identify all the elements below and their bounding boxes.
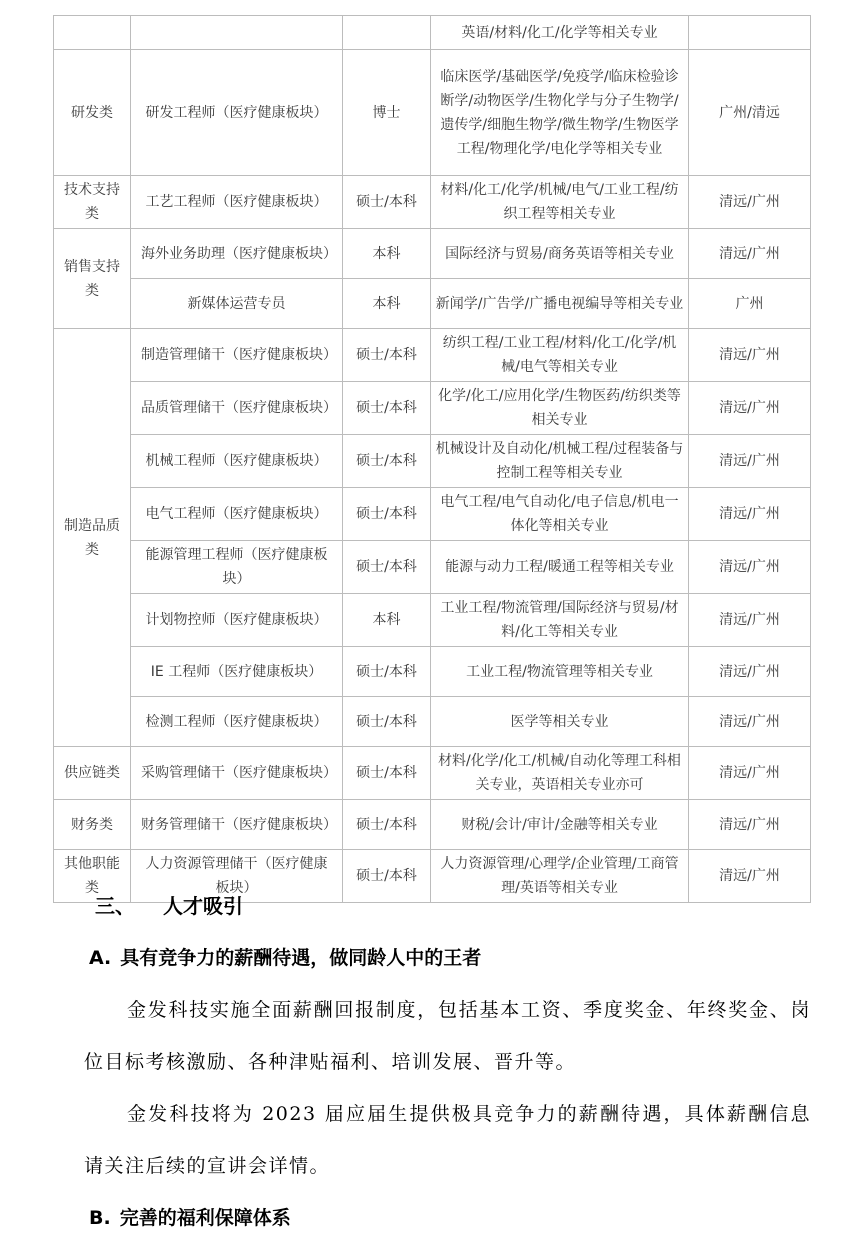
item-a-heading: A.具有竞争力的薪酬待遇，做同龄人中的王者 [84, 932, 811, 984]
item-b-text: 完善的福利保障体系 [120, 1207, 291, 1229]
degree-cell: 硕士/本科 [343, 647, 431, 697]
degree-cell: 本科 [343, 279, 431, 329]
position-cell: 海外业务助理（医疗健康板块） [131, 229, 343, 279]
degree-cell: 硕士/本科 [343, 435, 431, 488]
talent-attraction-section: 三、人才吸引 A.具有竞争力的薪酬待遇，做同龄人中的王者 金发科技实施全面薪酬回… [84, 880, 811, 1244]
location-cell: 广州 [689, 279, 811, 329]
category-cell: 销售支持类 [54, 229, 131, 329]
majors-cell: 机械设计及自动化/机械工程/过程装备与控制工程等相关专业 [431, 435, 689, 488]
category-cell: 财务类 [54, 800, 131, 850]
table-row: IE 工程师（医疗健康板块） 硕士/本科 工业工程/物流管理等相关专业 清远/广… [54, 647, 811, 697]
location-cell: 清远/广州 [689, 229, 811, 279]
table-row: 技术支持类 工艺工程师（医疗健康板块） 硕士/本科 材料/化工/化学/机械/电气… [54, 176, 811, 229]
position-cell: 制造管理储干（医疗健康板块） [131, 329, 343, 382]
degree-cell: 硕士/本科 [343, 176, 431, 229]
position-cell: IE 工程师（医疗健康板块） [131, 647, 343, 697]
degree-cell: 博士 [343, 50, 431, 176]
location-cell: 清远/广州 [689, 697, 811, 747]
position-cell: 电气工程师（医疗健康板块） [131, 488, 343, 541]
location-cell: 清远/广州 [689, 382, 811, 435]
category-cell: 供应链类 [54, 747, 131, 800]
position-cell: 计划物控师（医疗健康板块） [131, 594, 343, 647]
degree-cell: 本科 [343, 594, 431, 647]
position-cell: 机械工程师（医疗健康板块） [131, 435, 343, 488]
position-cell: 品质管理储干（医疗健康板块） [131, 382, 343, 435]
majors-cell: 电气工程/电气自动化/电子信息/机电一体化等相关专业 [431, 488, 689, 541]
degree-cell [343, 16, 431, 50]
position-cell: 新媒体运营专员 [131, 279, 343, 329]
recruitment-table: 英语/材料/化工/化学等相关专业 研发类 研发工程师（医疗健康板块） 博士 临床… [53, 15, 811, 903]
location-cell: 清远/广州 [689, 747, 811, 800]
location-cell: 清远/广州 [689, 594, 811, 647]
table-row: 财务类 财务管理储干（医疗健康板块） 硕士/本科 财税/会计/审计/金融等相关专… [54, 800, 811, 850]
degree-cell: 硕士/本科 [343, 747, 431, 800]
location-cell: 清远/广州 [689, 488, 811, 541]
degree-cell: 硕士/本科 [343, 329, 431, 382]
majors-cell: 能源与动力工程/暖通工程等相关专业 [431, 541, 689, 594]
table-row: 销售支持类 海外业务助理（医疗健康板块） 本科 国际经济与贸易/商务英语等相关专… [54, 229, 811, 279]
location-cell [689, 16, 811, 50]
majors-cell: 新闻学/广告学/广播电视编导等相关专业 [431, 279, 689, 329]
majors-cell: 临床医学/基础医学/免疫学/临床检验诊断学/动物医学/生物化学与分子生物学/遗传… [431, 50, 689, 176]
paragraph-2023-offer: 金发科技将为 2023 届应届生提供极具竞争力的薪酬待遇，具体薪酬信息请关注后续… [84, 1088, 811, 1192]
table-row: 电气工程师（医疗健康板块） 硕士/本科 电气工程/电气自动化/电子信息/机电一体… [54, 488, 811, 541]
paragraph-compensation: 金发科技实施全面薪酬回报制度，包括基本工资、季度奖金、年终奖金、岗位目标考核激励… [84, 984, 811, 1088]
degree-cell: 硕士/本科 [343, 488, 431, 541]
position-cell: 检测工程师（医疗健康板块） [131, 697, 343, 747]
item-a-label: A. [89, 947, 111, 969]
table-row: 研发类 研发工程师（医疗健康板块） 博士 临床医学/基础医学/免疫学/临床检验诊… [54, 50, 811, 176]
degree-cell: 硕士/本科 [343, 697, 431, 747]
item-b-label: B. [89, 1207, 111, 1229]
table-row: 计划物控师（医疗健康板块） 本科 工业工程/物流管理/国际经济与贸易/材料/化工… [54, 594, 811, 647]
location-cell: 广州/清远 [689, 50, 811, 176]
position-cell [131, 16, 343, 50]
position-cell: 工艺工程师（医疗健康板块） [131, 176, 343, 229]
item-a-text: 具有竞争力的薪酬待遇，做同龄人中的王者 [120, 947, 481, 969]
category-cell: 研发类 [54, 50, 131, 176]
location-cell: 清远/广州 [689, 435, 811, 488]
category-cell: 技术支持类 [54, 176, 131, 229]
majors-cell: 医学等相关专业 [431, 697, 689, 747]
majors-cell: 材料/化学/化工/机械/自动化等理工科相关专业，英语相关专业亦可 [431, 747, 689, 800]
position-cell: 采购管理储干（医疗健康板块） [131, 747, 343, 800]
section-number: 三、 [95, 894, 135, 918]
position-cell: 财务管理储干（医疗健康板块） [131, 800, 343, 850]
table-row: 制造品质类 制造管理储干（医疗健康板块） 硕士/本科 纺织工程/工业工程/材料/… [54, 329, 811, 382]
majors-cell: 工业工程/物流管理/国际经济与贸易/材料/化工等相关专业 [431, 594, 689, 647]
majors-cell: 英语/材料/化工/化学等相关专业 [431, 16, 689, 50]
table-row: 能源管理工程师（医疗健康板块） 硕士/本科 能源与动力工程/暖通工程等相关专业 … [54, 541, 811, 594]
majors-cell: 国际经济与贸易/商务英语等相关专业 [431, 229, 689, 279]
table-row: 英语/材料/化工/化学等相关专业 [54, 16, 811, 50]
majors-cell: 纺织工程/工业工程/材料/化工/化学/机械/电气等相关专业 [431, 329, 689, 382]
section-title: 人才吸引 [163, 894, 243, 918]
position-cell: 能源管理工程师（医疗健康板块） [131, 541, 343, 594]
majors-cell: 化学/化工/应用化学/生物医药/纺织类等相关专业 [431, 382, 689, 435]
location-cell: 清远/广州 [689, 800, 811, 850]
table-row: 机械工程师（医疗健康板块） 硕士/本科 机械设计及自动化/机械工程/过程装备与控… [54, 435, 811, 488]
location-cell: 清远/广州 [689, 541, 811, 594]
location-cell: 清远/广州 [689, 329, 811, 382]
degree-cell: 硕士/本科 [343, 800, 431, 850]
table-row: 检测工程师（医疗健康板块） 硕士/本科 医学等相关专业 清远/广州 [54, 697, 811, 747]
position-cell: 研发工程师（医疗健康板块） [131, 50, 343, 176]
location-cell: 清远/广州 [689, 647, 811, 697]
majors-cell: 财税/会计/审计/金融等相关专业 [431, 800, 689, 850]
location-cell: 清远/广州 [689, 176, 811, 229]
table-row: 品质管理储干（医疗健康板块） 硕士/本科 化学/化工/应用化学/生物医药/纺织类… [54, 382, 811, 435]
degree-cell: 硕士/本科 [343, 382, 431, 435]
item-b-heading: B.完善的福利保障体系 [84, 1192, 811, 1244]
section-heading: 三、人才吸引 [84, 880, 811, 932]
category-cell: 制造品质类 [54, 329, 131, 747]
degree-cell: 硕士/本科 [343, 541, 431, 594]
table-row: 新媒体运营专员 本科 新闻学/广告学/广播电视编导等相关专业 广州 [54, 279, 811, 329]
majors-cell: 工业工程/物流管理等相关专业 [431, 647, 689, 697]
degree-cell: 本科 [343, 229, 431, 279]
table-row: 供应链类 采购管理储干（医疗健康板块） 硕士/本科 材料/化学/化工/机械/自动… [54, 747, 811, 800]
majors-cell: 材料/化工/化学/机械/电气/工业工程/纺织工程等相关专业 [431, 176, 689, 229]
category-cell [54, 16, 131, 50]
